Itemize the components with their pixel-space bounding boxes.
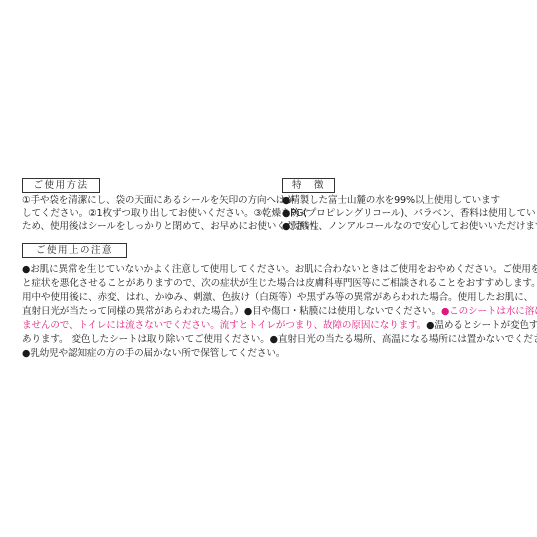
features-heading: 特 徴 bbox=[292, 180, 325, 191]
caution-text: あります。 変色したシートは取り除いてご使用ください。●直射日光の当たる場所、高… bbox=[22, 334, 537, 345]
features-heading-box: 特 徴 bbox=[282, 178, 335, 193]
caution-text: ●お肌に異常を生じていないかよく注意して使用してください。お肌に合わないときはご… bbox=[22, 264, 537, 275]
usage-line-3: ため、使用後はシールをしっかりと閉めて、お早めにお使いください。 bbox=[22, 220, 323, 234]
caution-text: 直射日光が当たって同様の異常があらわれた場合。）●目や傷口・粘膜には使用しないで… bbox=[22, 306, 441, 317]
feature-item-1: ●精製した富士山麓の水を99%以上使用しています bbox=[282, 194, 500, 208]
caution-text: 用中や使用後に、赤変、はれ、かゆみ、刺激、色抜け（白斑等）や黒ずみ等の異常があら… bbox=[22, 292, 533, 303]
caution-text: と症状を悪化させることがありますので、次の症状が生じた場合は皮膚科専門医等にご相… bbox=[22, 278, 537, 289]
caution-line-6: あります。 変色したシートは取り除いてご使用ください。●直射日光の当たる場所、高… bbox=[22, 333, 537, 347]
caution-warning-text: ●このシートは水に溶け bbox=[441, 306, 537, 317]
usage-line-1: ①手や袋を清潔にし、袋の天面にあるシールを矢印の方向へはが bbox=[22, 194, 295, 208]
cautions-heading-box: ご使用上の注意 bbox=[22, 243, 127, 258]
usage-heading-box: ご使用方法 bbox=[22, 178, 100, 193]
usage-line-2: してください。②1枚ずつ取り出してお使いください。③乾燥を防ぐ bbox=[22, 207, 309, 221]
cautions-heading: ご使用上の注意 bbox=[36, 245, 113, 256]
caution-line-1: ●お肌に異常を生じていないかよく注意して使用してください。お肌に合わないときはご… bbox=[22, 263, 537, 277]
caution-line-4: 直射日光が当たって同様の異常があらわれた場合。）●目や傷口・粘膜には使用しないで… bbox=[22, 305, 537, 319]
caution-line-2: と症状を悪化させることがありますので、次の症状が生じた場合は皮膚科専門医等にご相… bbox=[22, 277, 537, 291]
usage-heading: ご使用方法 bbox=[33, 180, 88, 191]
caution-line-7: ●乳幼児や認知症の方の手の届かない所で保管してください。 bbox=[22, 347, 285, 361]
caution-warning-text: ませんので、トイレには流さないでください。流すとトイレがつまり、故障の原因になり… bbox=[22, 320, 426, 331]
caution-text: ●温めるとシートが変色する場合が bbox=[426, 320, 537, 331]
caution-line-5: ませんので、トイレには流さないでください。流すとトイレがつまり、故障の原因になり… bbox=[22, 319, 537, 333]
feature-item-3: ●弱酸性、ノンアルコールなので安心してお使いいただけます bbox=[282, 220, 537, 234]
caution-text: ●乳幼児や認知症の方の手の届かない所で保管してください。 bbox=[22, 348, 285, 359]
feature-item-2: ●PG(プロピレングリコール)、パラベン、香料は使用していません bbox=[282, 207, 537, 221]
caution-line-3: 用中や使用後に、赤変、はれ、かゆみ、刺激、色抜け（白斑等）や黒ずみ等の異常があら… bbox=[22, 291, 533, 305]
